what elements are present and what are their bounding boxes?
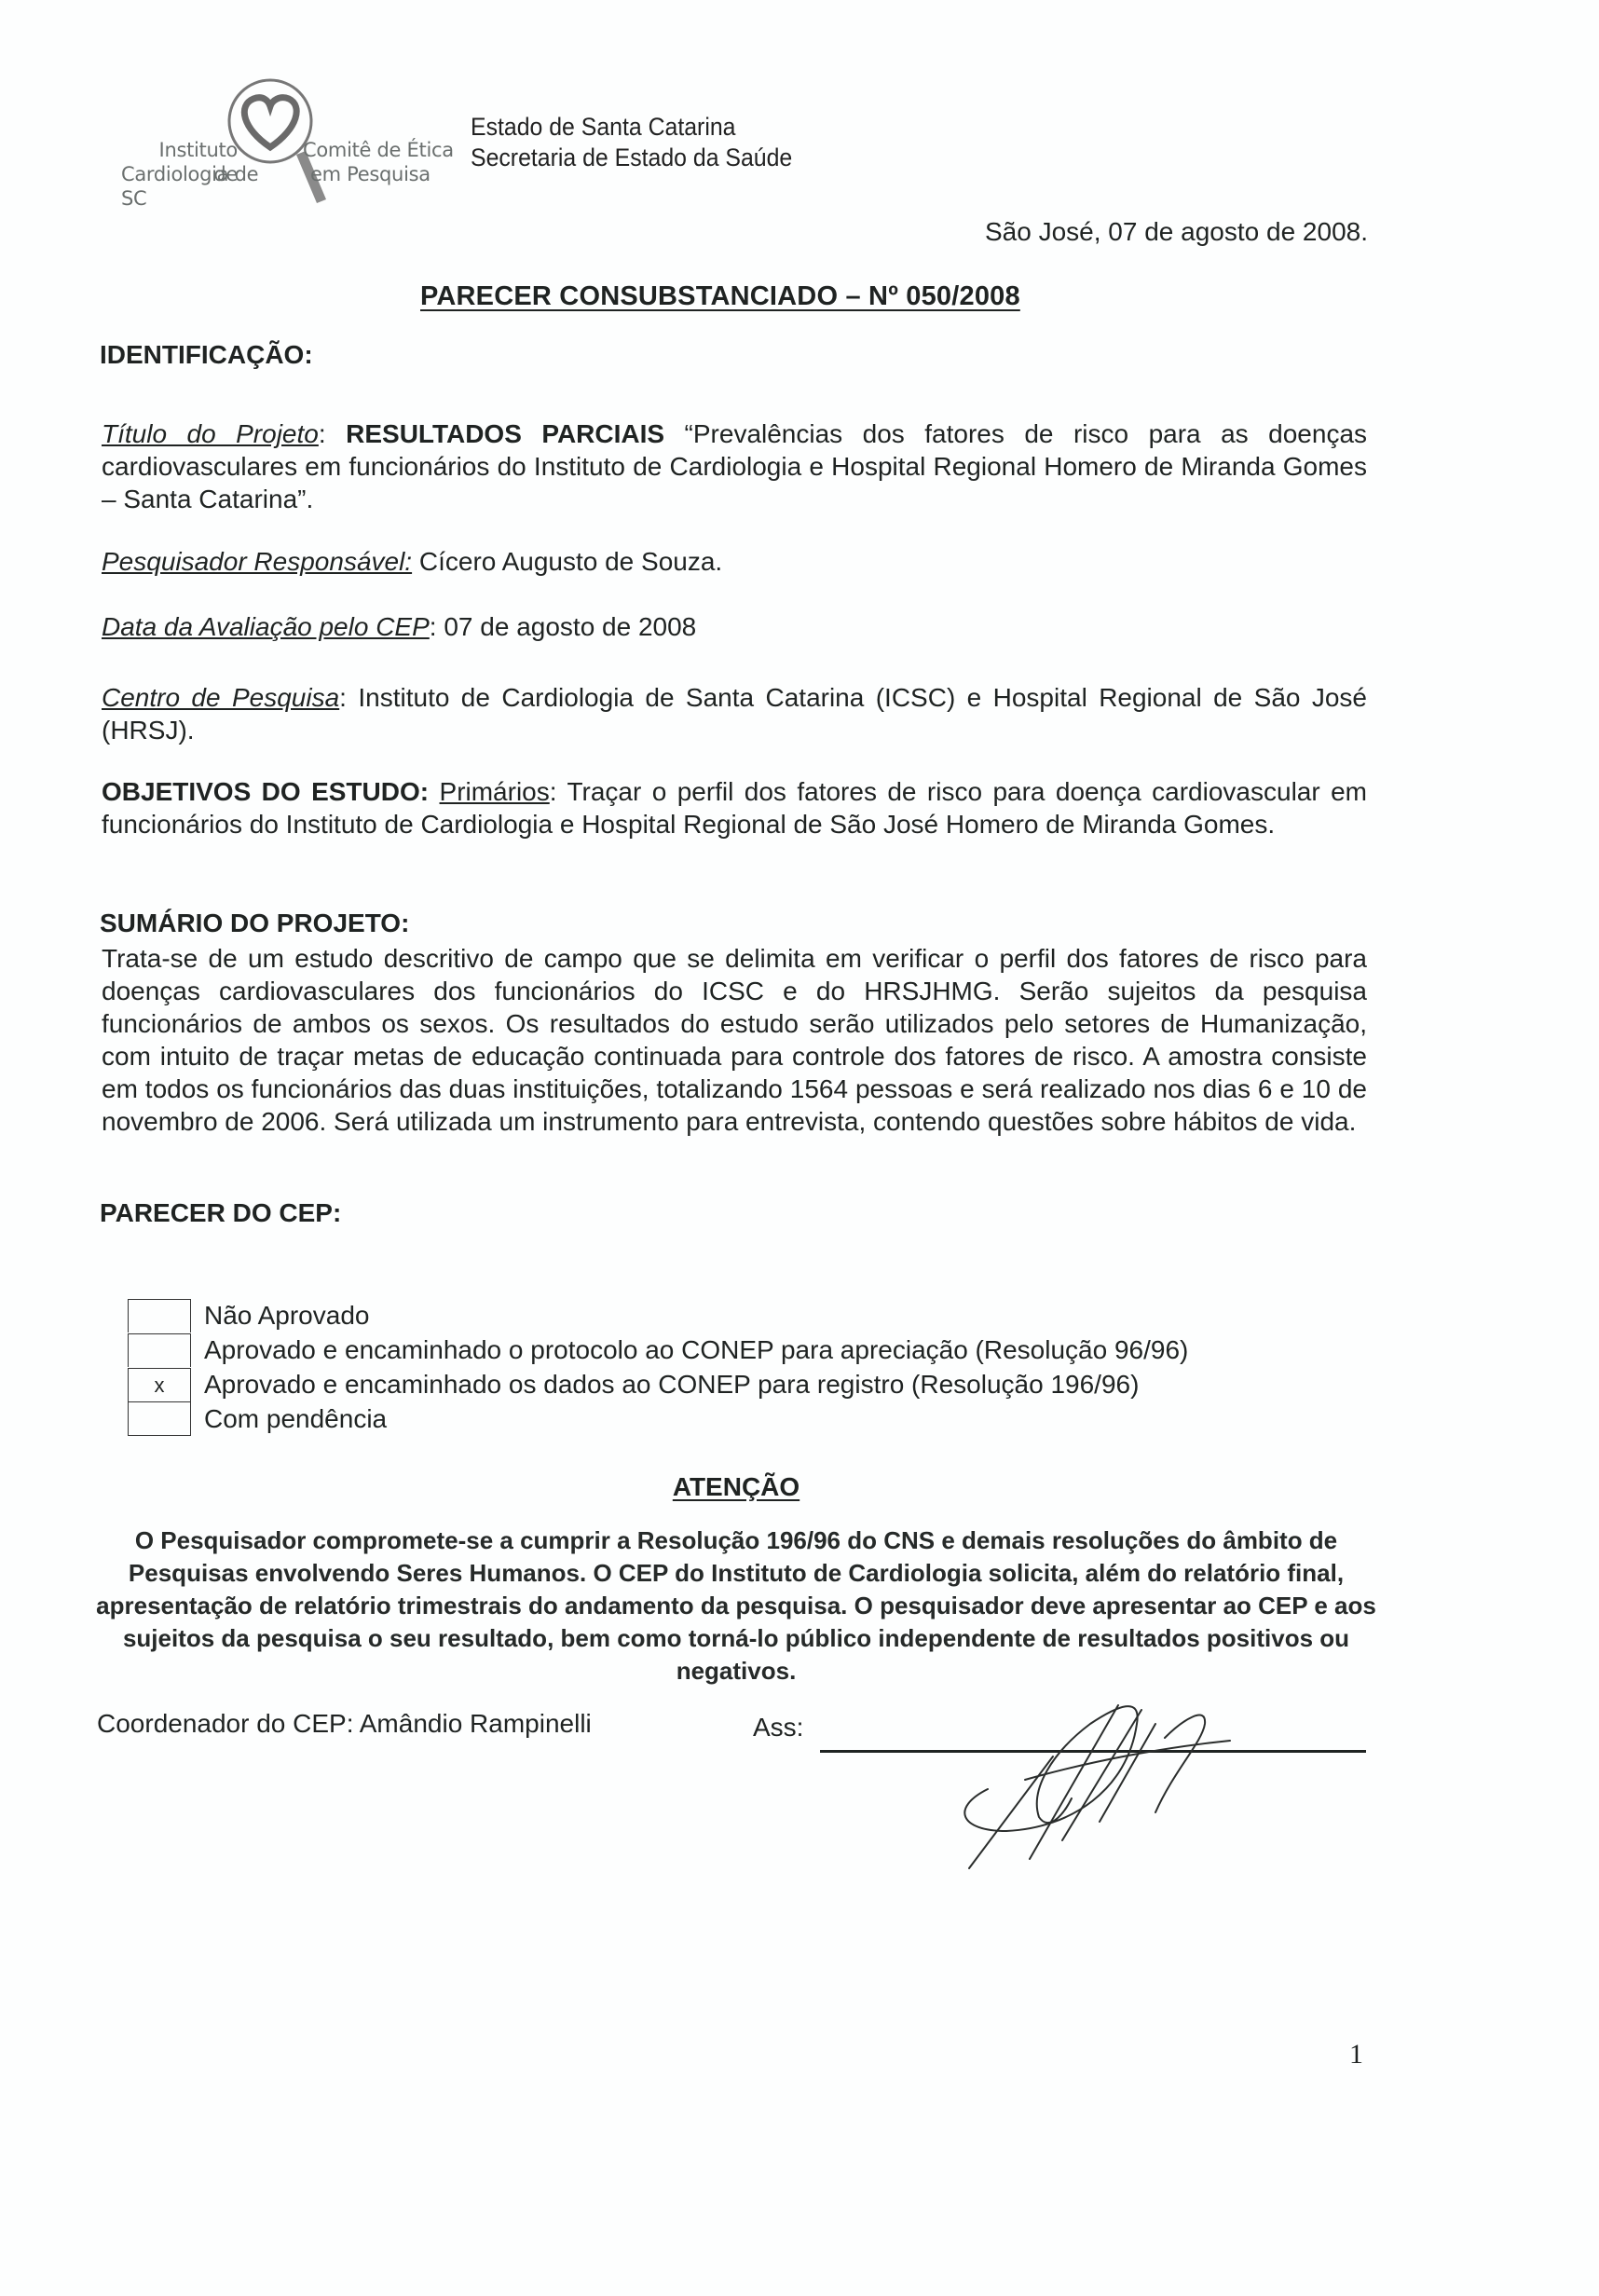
logo-left-line2: Cardiologia de SC [121,162,284,211]
opinion-checklist: Não Aprovado Aprovado e encaminhado o pr… [128,1298,1188,1436]
evaluation-date-field: Data da Avaliação pelo CEP: 07 de agosto… [102,610,1367,643]
opinion-option: Aprovado e encaminhado o protocolo ao CO… [128,1332,1188,1367]
opinion-option: x Aprovado e encaminhado os dados ao CON… [128,1367,1188,1401]
option-checkbox [128,1401,191,1436]
identification-heading: IDENTIFICAÇÃO: [100,340,313,370]
primary-objectives-label: Primários [440,777,550,806]
option-checkbox [128,1299,191,1332]
signature-label: Ass: [753,1713,803,1742]
document-title: PARECER CONSUBSTANCIADO – Nº 050/2008 [420,281,1020,312]
government-header: Estado de Santa Catarina Secretaria de E… [471,112,792,173]
project-title-label: Título do Projeto [102,419,319,448]
objectives-heading: OBJETIVOS DO ESTUDO: [102,777,429,806]
project-title-bold: RESULTADOS PARCIAIS [346,419,664,448]
researcher-field: Pesquisador Responsável: Cícero Augusto … [102,545,1367,578]
secretariat-name: Secretaria de Estado da Saúde [471,143,792,173]
research-center-field: Centro de Pesquisa: Instituto de Cardiol… [102,681,1367,746]
objectives-section: OBJETIVOS DO ESTUDO: Primários: Traçar o… [102,775,1367,840]
option-label: Aprovado e encaminhado os dados ao CONEP… [204,1370,1139,1400]
coordinator-label: Coordenador do CEP: [97,1709,354,1738]
evaluation-date-label: Data da Avaliação pelo CEP [102,612,430,641]
summary-text: Trata-se de um estudo descritivo de camp… [102,942,1367,1138]
research-center-label: Centro de Pesquisa [102,683,339,712]
project-title-field: Título do Projeto: RESULTADOS PARCIAIS “… [102,417,1367,515]
attention-heading: ATENÇÃO [0,1472,1472,1502]
opinion-option: Com pendência [128,1401,1188,1436]
option-label: Com pendência [204,1404,387,1434]
logo-right-line2: em Pesquisa [310,162,430,186]
option-checkbox-checked: x [128,1368,191,1401]
page-number: 1 [1349,2039,1363,2070]
handwritten-signature-icon [941,1668,1239,1873]
option-label: Aprovado e encaminhado o protocolo ao CO… [204,1335,1188,1365]
opinion-heading: PARECER DO CEP: [100,1198,341,1228]
option-checkbox [128,1333,191,1367]
attention-text: O Pesquisador compromete-se a cumprir a … [93,1524,1379,1688]
place-date: São José, 07 de agosto de 2008. [985,217,1368,247]
evaluation-date-value: 07 de agosto de 2008 [444,612,696,641]
logo-right-line1: Comitê de Ética [303,138,454,162]
coordinator-field: Coordenador do CEP: Amândio Rampinelli [97,1709,592,1739]
researcher-value: Cícero Augusto de Souza. [419,547,722,576]
opinion-option: Não Aprovado [128,1298,1188,1332]
committee-logo: Instituto de Cardiologia de SC Comitê de… [121,73,457,208]
summary-heading: SUMÁRIO DO PROJETO: [100,909,409,938]
coordinator-name: Amândio Rampinelli [360,1709,592,1738]
researcher-label: Pesquisador Responsável: [102,547,412,576]
option-label: Não Aprovado [204,1301,369,1331]
state-name: Estado de Santa Catarina [471,112,792,143]
